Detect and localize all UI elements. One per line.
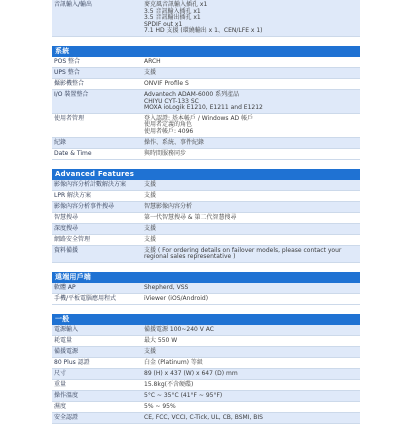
section-header: 一般 <box>52 314 360 325</box>
section-header: 遠端用戶端 <box>52 272 360 283</box>
value-line: 支援 <box>144 70 357 77</box>
value-line: 支援 <box>144 226 357 233</box>
spec-row: 重量15.8kg(不含硬碟) <box>52 380 360 391</box>
value-line: 支援 ( For ordering details on failover mo… <box>144 248 357 261</box>
value-line: 備援電源 100~240 V AC <box>144 327 357 334</box>
row-value: ONVIF Profile S <box>144 79 360 89</box>
row-label: UPS 整合 <box>52 68 144 78</box>
spec-row: 使用者管理登入認證: 基本帳戶 / Windows AD 帳戶使用者定義的角色使… <box>52 114 360 138</box>
spec-section: Advanced Features影像內容分析計數解決方案支援LPR 解決方案支… <box>52 169 360 263</box>
spec-section: 系統POS 整合ARCHUPS 整合支援攝影機整合ONVIF Profile S… <box>52 46 360 160</box>
spec-row: UPS 整合支援 <box>52 68 360 79</box>
spec-row: 操作溫度5°C ~ 35°C (41°F ~ 95°F) <box>52 391 360 402</box>
spec-row: 尺寸89 (H) x 437 (W) x 647 (D) mm <box>52 369 360 380</box>
spec-section: 音訊輸入/輸出麥克風音訊輸入插孔 x13.5 音訊輸入插孔 x13.5 音訊輸出… <box>52 0 360 37</box>
value-line: 最大 550 W <box>144 338 357 345</box>
row-value: 支援 <box>144 68 360 78</box>
row-label: 影像內容分析事件搜尋 <box>52 202 144 212</box>
row-label: 音訊輸入/輸出 <box>52 0 144 10</box>
row-label: 80 Plus 認證 <box>52 358 144 368</box>
row-label: 軟體 AP <box>52 283 144 293</box>
row-value: 麥克風音訊輸入插孔 x13.5 音訊輸入插孔 x13.5 音訊輸出插孔 x1SP… <box>144 0 360 36</box>
spec-row: LPR 解決方案支援 <box>52 191 360 202</box>
spec-row: 網路安全管理支援 <box>52 235 360 246</box>
row-label: 深度搜尋 <box>52 224 144 234</box>
row-value: ARCH <box>144 57 360 67</box>
spec-row: 音訊輸入/輸出麥克風音訊輸入插孔 x13.5 音訊輸入插孔 x13.5 音訊輸出… <box>52 0 360 37</box>
row-label: I/O 裝置整合 <box>52 90 144 100</box>
row-label: 紀錄 <box>52 138 144 148</box>
spec-row: 智慧搜尋第一代智慧搜尋 & 第二代智慧搜尋 <box>52 213 360 224</box>
row-value: 5% ~ 95% <box>144 402 360 410</box>
spec-row: 影像內容分析計數解決方案支援 <box>52 180 360 191</box>
row-label: 濕度 <box>52 402 144 410</box>
value-line: 支援 <box>144 237 357 244</box>
row-label: 重量 <box>52 380 144 390</box>
row-label: LPR 解決方案 <box>52 191 144 201</box>
value-line: 智慧影像內容分析 <box>144 204 357 211</box>
value-line: 第一代智慧搜尋 & 第二代智慧搜尋 <box>144 215 357 222</box>
spec-row: 耗電量最大 550 W <box>52 336 360 347</box>
spec-table: 音訊輸入/輸出麥克風音訊輸入插孔 x13.5 音訊輸入插孔 x13.5 音訊輸出… <box>52 0 360 410</box>
row-label: 攝影機整合 <box>52 79 144 89</box>
row-value: 15.8kg(不含硬碟) <box>144 380 360 390</box>
value-line: iViewer (iOS/Android) <box>144 296 357 303</box>
value-line: 操作、系統、事件紀錄 <box>144 140 357 147</box>
row-value: 最大 550 W <box>144 336 360 346</box>
spec-row: 電源輸入備援電源 100~240 V AC <box>52 325 360 336</box>
spec-row: 濕度5% ~ 95% <box>52 402 360 410</box>
row-value: 5°C ~ 35°C (41°F ~ 95°F) <box>144 391 360 401</box>
value-line: ARCH <box>144 59 357 66</box>
row-value: 操作、系統、事件紀錄 <box>144 138 360 148</box>
row-value: 89 (H) x 437 (W) x 647 (D) mm <box>144 369 360 379</box>
spec-row: 80 Plus 認證白金 (Platinum) 等級 <box>52 358 360 369</box>
spec-row: 資料備援支援 ( For ordering details on failove… <box>52 246 360 263</box>
value-line: 支援 <box>144 193 357 200</box>
row-label: 影像內容分析計數解決方案 <box>52 180 144 190</box>
row-value: 第一代智慧搜尋 & 第二代智慧搜尋 <box>144 213 360 223</box>
value-line: Shepherd, VSS <box>144 285 357 292</box>
row-label: 手機/平板電腦應用程式 <box>52 294 144 304</box>
row-value: Advantech ADAM-6000 系列產品CHIYU CYT-133 SC… <box>144 90 360 113</box>
spec-row: Date & Time與時間服務同步 <box>52 149 360 160</box>
value-line: ONVIF Profile S <box>144 81 357 88</box>
row-label: 使用者管理 <box>52 114 144 124</box>
row-label: 尺寸 <box>52 369 144 379</box>
spec-row: 深度搜尋支援 <box>52 224 360 235</box>
row-label: 操作溫度 <box>52 391 144 401</box>
value-line: 5% ~ 95% <box>144 404 357 410</box>
row-label: 資料備援 <box>52 246 144 256</box>
spec-row: 備援電源支援 <box>52 347 360 358</box>
row-value: 支援 <box>144 224 360 234</box>
row-value: 登入認證: 基本帳戶 / Windows AD 帳戶使用者定義的角色使用者帳戶:… <box>144 114 360 137</box>
row-value: iViewer (iOS/Android) <box>144 294 360 304</box>
spec-row: 影像內容分析事件搜尋智慧影像內容分析 <box>52 202 360 213</box>
row-label: 耗電量 <box>52 336 144 346</box>
row-label: POS 整合 <box>52 57 144 67</box>
spec-section: 一般電源輸入備援電源 100~240 V AC耗電量最大 550 W備援電源支援… <box>52 314 360 410</box>
row-value: 與時間服務同步 <box>144 149 360 159</box>
row-value: 支援 <box>144 235 360 245</box>
section-header: 系統 <box>52 46 360 57</box>
row-value: 支援 <box>144 191 360 201</box>
spec-row: POS 整合ARCH <box>52 57 360 68</box>
row-value: 備援電源 100~240 V AC <box>144 325 360 335</box>
spec-row: I/O 裝置整合Advantech ADAM-6000 系列產品CHIYU CY… <box>52 90 360 114</box>
spec-row: 軟體 APShepherd, VSS <box>52 283 360 294</box>
value-line: 使用者帳戶: 4096 <box>144 129 357 136</box>
row-value: 支援 ( For ordering details on failover mo… <box>144 246 360 262</box>
row-label: 智慧搜尋 <box>52 213 144 223</box>
row-value: 支援 <box>144 180 360 190</box>
row-value: 智慧影像內容分析 <box>144 202 360 212</box>
spec-row: 紀錄操作、系統、事件紀錄 <box>52 138 360 149</box>
row-value: 白金 (Platinum) 等級 <box>144 358 360 368</box>
row-label: 電源輸入 <box>52 325 144 335</box>
value-line: 15.8kg(不含硬碟) <box>144 382 357 389</box>
value-line: 支援 <box>144 182 357 189</box>
row-label: 網路安全管理 <box>52 235 144 245</box>
section-header: Advanced Features <box>52 169 360 180</box>
row-value: 支援 <box>144 347 360 357</box>
row-label: 備援電源 <box>52 347 144 357</box>
value-line: 89 (H) x 437 (W) x 647 (D) mm <box>144 371 357 378</box>
value-line: 5°C ~ 35°C (41°F ~ 95°F) <box>144 393 357 400</box>
value-line: MOXA ioLogik E1210, E1211 and E1212 <box>144 105 357 112</box>
value-line: 白金 (Platinum) 等級 <box>144 360 357 367</box>
spec-section: 遠端用戶端軟體 APShepherd, VSS手機/平板電腦應用程式iViewe… <box>52 272 360 305</box>
value-line: 支援 <box>144 349 357 356</box>
value-line: 與時間服務同步 <box>144 151 357 158</box>
spec-row: 手機/平板電腦應用程式iViewer (iOS/Android) <box>52 294 360 305</box>
row-value: Shepherd, VSS <box>144 283 360 293</box>
value-line: 7.1 HD 支援 (環繞輸出 x 1、CEN/LFE x 1) <box>144 28 357 35</box>
row-label: Date & Time <box>52 149 144 159</box>
spec-row: 攝影機整合ONVIF Profile S <box>52 79 360 90</box>
